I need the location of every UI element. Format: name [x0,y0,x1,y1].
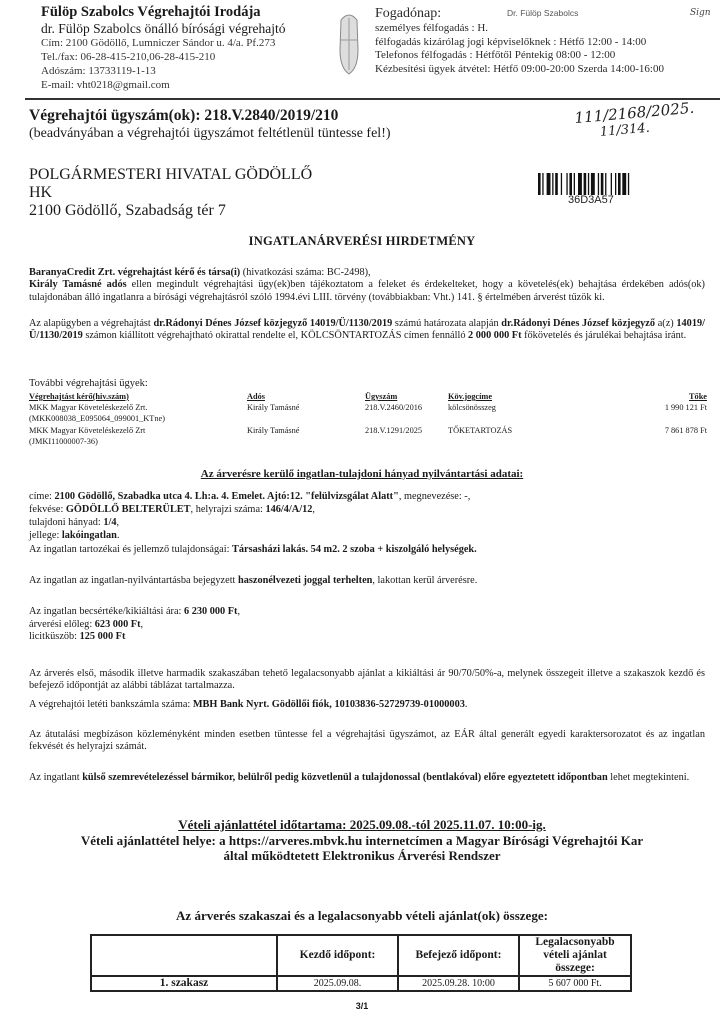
office-address: Cím: 2100 Gödöllő, Lumniczer Sándor u. 4… [41,36,341,50]
office-phone: Tel./fax: 06-28-415-210,06-28-415-210 [41,50,341,64]
col-header: Köv.jogcíme [448,391,588,402]
offer-place: Vételi ajánlattétel helye: a https://arv… [0,833,724,849]
cell-creditor: MKK Magyar Követeléskezelő Zrt(JMKI11000… [29,425,247,448]
creditor-ref: (hivatkozási száma: BC-2498), [240,267,370,278]
col-header: Kezdő időpont: [277,935,398,976]
property-encumbrance: Az ingatlan az ingatlan-nyilvántartásba … [29,575,705,587]
barcode-text: 36D3A57 [568,194,614,206]
text: számú határozata alapján [392,318,501,329]
notary-decision: dr.Rádonyi Dénes József közjegyző 14019/… [153,318,392,329]
handwritten-registration: 111/2168/2025. 11/314. [574,97,716,142]
col-header: Befejező időpont: [398,935,519,976]
cell-amount: 1 990 121 Ft [588,402,707,425]
recipient-dept: HK [29,184,312,202]
text: számon kiállított végrehajtható okiratta… [83,330,468,341]
property-share: 1/4 [103,517,116,528]
property-share-line: tulajdoni hányad: 1/4, [29,516,709,529]
creditor-name: BaranyaCredit Zrt. végrehajtást kérő és … [29,267,240,278]
starting-price: 6 230 000 Ft [184,606,237,617]
property-section-title: Az árverésre kerülő ingatlan-tulajdoni h… [0,468,724,480]
case-number: Végrehajtói ügyszám(ok): 218.V.2840/2019… [29,106,469,125]
recipient-address: POLGÁRMESTERI HIVATAL GÖDÖLLŐ HK 2100 Gö… [29,166,312,220]
other-cases-title: További végrehajtási ügyek: [29,378,148,389]
text: a(z) [655,318,676,329]
case-number-note: (beadványában a végrehajtói ügyszámot fe… [29,125,469,142]
property-location: GÖDÖLLŐ BELTERÜLET [66,504,191,515]
notary-name: dr.Rádonyi Dénes József közjegyző [501,318,655,329]
table-row: 1. szakasz 2025.09.08. 2025.09.28. 10:00… [91,976,631,991]
offer-info: Vételi ajánlattétel időtartama: 2025.09.… [0,817,724,864]
cell-min-offer: 5 607 000 Ft. [519,976,631,991]
office-email[interactable]: E-mail: vht0218@gmail.com [41,78,341,92]
cell-stage: 1. szakasz [91,976,277,991]
property-address-line: címe: 2100 Gödöllő, Szabadka utca 4. Lh:… [29,490,709,503]
col-header: Adós [247,391,365,402]
debtor-name: Király Tamásné adós [29,279,127,290]
property-accessories: Az ingatlan tartozékai és jellemző tulaj… [29,544,705,556]
intro-text: ellen megindult végrehajtási ügy(ek)ben … [29,279,705,302]
property-location-line: fekvése: GÖDÖLLŐ BELTERÜLET, helyrajzi s… [29,503,709,516]
basis-paragraph: Az alapügyben a végrehajtást dr.Rádonyi … [29,318,705,343]
cell-start: 2025.09.08. [277,976,398,991]
bailiff-name: dr. Fülöp Szabolcs önálló bírósági végre… [41,21,341,36]
document-title: INGATLANÁRVERÉSI HIRDETMÉNY [0,234,724,249]
barcode-icon [538,173,683,195]
cell-case-no: 218.V.2460/2016 [365,402,448,425]
reception-line: Telefonos félfogadás : Hétfőtől Péntekig… [375,49,715,63]
cell-debtor: Király Tamásné [247,425,365,448]
col-header: Legalacsonyabb vételi ajánlat összege: [519,935,631,976]
auction-deposit: 623 000 Ft [95,619,141,630]
bank-account-number: MBH Bank Nyrt. Gödöllői fiók, 10103836-5… [193,699,465,710]
stages-info: Az árverés első, második illetve harmadi… [29,668,705,693]
offer-period: Vételi ajánlattétel időtartama: 2025.09.… [0,817,724,833]
col-header [91,935,277,976]
col-header: Végrehajtást kérő(hiv.szám) [29,391,247,402]
cell-amount: 7 861 878 Ft [588,425,707,448]
intro-paragraph: BaranyaCredit Zrt. végrehajtást kérő és … [29,267,705,304]
property-type-line: jellege: lakóingatlan. [29,529,709,542]
cell-creditor: MKK Magyar Követeléskezelő Zrt.(MKK00803… [29,402,247,425]
text: főkövetelés és járulékai behajtása iránt… [522,330,687,341]
reception-line: Kézbesítési ügyek átvétel: Hétfő 09:00-2… [375,63,715,77]
page-number: 3/1 [0,1001,724,1011]
bid-step: 125 000 Ft [80,631,126,642]
viewing-info: Az ingatlant külső szemrevételezéssel bá… [29,772,705,784]
case-number-block: Végrehajtói ügyszám(ok): 218.V.2840/2019… [29,106,469,142]
property-price: Az ingatlan becsértéke/kikiáltási ára: 6… [29,606,705,644]
cell-end: 2025.09.28. 10:00 [398,976,519,991]
col-header: Ügyszám [365,391,448,402]
stages-title: Az árverés szakaszai és a legalacsonyabb… [0,908,724,924]
header-divider [25,98,720,100]
office-tax-number: Adószám: 13733119-1-13 [41,64,341,78]
bank-account: A végrehajtói letéti bankszámla száma: M… [29,699,705,711]
stamp-name: Dr. Fülöp Szabolcs [507,8,578,18]
cell-debtor: Király Tamásné [247,402,365,425]
property-type: lakóingatlan [62,530,117,541]
property-lot: 146/4/A/12 [265,504,312,515]
cell-title: TŐKETARTOZÁS [448,425,588,448]
signature-stamp: Sign [690,8,711,18]
cell-case-no: 218.V.1291/2025 [365,425,448,448]
offer-place: által működtetett Elektronikus Árverési … [0,848,724,864]
text: Az alapügyben a végrehajtást [29,318,153,329]
stages-table: Kezdő időpont: Befejező időpont: Legalac… [90,934,632,992]
other-cases-table: Végrehajtást kérő(hiv.szám) Adós Ügyszám… [29,391,707,448]
reception-line: félfogadás kizárólag jogi képviselőknek … [375,36,715,50]
office-name: Fülöp Szabolcs Végrehajtói Irodája [41,4,341,21]
table-row: MKK Magyar Követeléskezelő Zrt.(MKK00803… [29,402,707,425]
recipient-street: 2100 Gödöllő, Szabadság tér 7 [29,202,312,220]
transfer-info: Az átutalási megbízáson közleményként mi… [29,729,705,754]
table-row: MKK Magyar Követeléskezelő Zrt(JMKI11000… [29,425,707,448]
principal-amount: 2 000 000 Ft [468,330,521,341]
property-details: címe: 2100 Gödöllő, Szabadka utca 4. Lh:… [29,490,709,542]
reception-line: személyes félfogadás : H. [375,22,715,36]
coat-of-arms-icon [336,10,362,76]
recipient-name: POLGÁRMESTERI HIVATAL GÖDÖLLŐ [29,166,312,184]
property-address: 2100 Gödöllő, Szabadka utca 4. Lh:a. 4. … [54,491,398,502]
col-header: Tőke [588,391,707,402]
office-header: Fülöp Szabolcs Végrehajtói Irodája dr. F… [41,4,341,92]
cell-title: kölcsönösszeg [448,402,588,425]
